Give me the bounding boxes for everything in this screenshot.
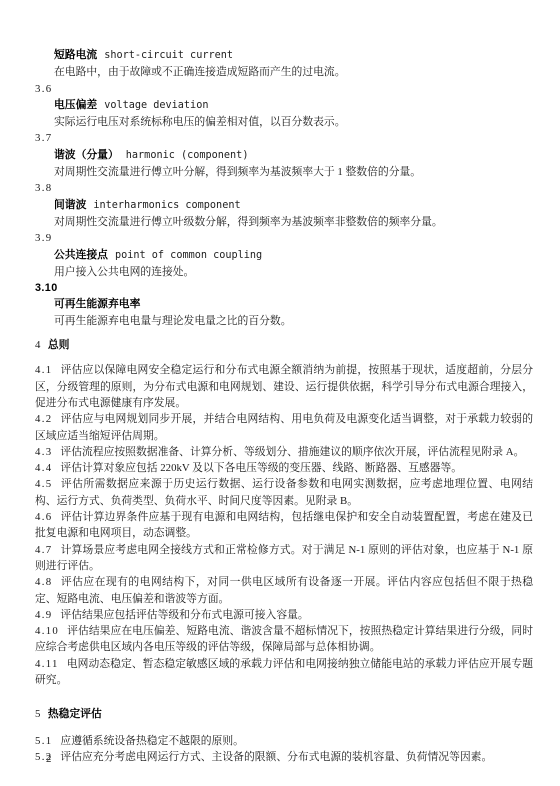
term-number: 3.10 <box>35 280 533 296</box>
clause-text: 评估应与电网规划同步开展，并结合电网结构、用电负荷及电源变化适当调整，对于承载力… <box>35 413 533 441</box>
term-number: 3.8 <box>35 180 533 196</box>
term-title-zh: 短路电流 <box>54 49 97 61</box>
section-thermal-stability: 5热稳定评估 5.1应遵循系统设备热稳定不越限的原则。 5.2评估应充分考虑电网… <box>35 706 533 765</box>
term-entry: 3.8 间谐波interharmonics component 对周期性交流量进… <box>35 180 533 230</box>
section-heading: 4总则 <box>35 337 533 353</box>
clause: 4.9评估结果应包括评估等级和分布式电源可接入容量。 <box>35 607 533 623</box>
term-title-zh: 谐波（分量） <box>54 149 119 161</box>
clause: 5.1应遵循系统设备热稳定不越限的原则。 <box>35 733 533 749</box>
term-title: 公共连接点point of common coupling <box>54 247 533 264</box>
clause-text: 评估流程应按照数据准备、计算分析、等级划分、措施建议的顺序依次开展，评估流程见附… <box>60 446 524 458</box>
term-title-en: interharmonics component <box>93 200 240 211</box>
section-number: 4 <box>35 339 41 351</box>
term-title: 可再生能源弃电率 <box>54 296 533 312</box>
clause: 4.8评估应在现有的电网结构下，对同一供电区域所有设备逐一开展。评估内容应包括但… <box>35 574 533 607</box>
clause: 4.1评估应以保障电网安全稳定运行和分布式电源全额消纳为前提，按照基于现状，适度… <box>35 362 533 411</box>
term-title-zh: 间谐波 <box>54 199 86 211</box>
term-title-en: point of common coupling <box>115 250 262 261</box>
page-number: 2 <box>46 751 52 767</box>
term-title-zh: 可再生能源弃电率 <box>54 298 140 310</box>
clause-number: 4.5 <box>35 478 52 490</box>
term-definition: 在电路中，由于故障或不正确连接造成短路而产生的过电流。 <box>54 64 533 80</box>
clause-number: 4.1 <box>35 364 52 376</box>
term-entry: 3.7 谐波（分量）harmonic (component) 对周期性交流量进行… <box>35 130 533 180</box>
term-entry: 3.6 电压偏差voltage deviation 实际运行电压对系统标称电压的… <box>35 81 533 131</box>
clause: 4.6评估计算边界条件应基于现有电源和电网结构，包括继电保护和安全自动装置配置，… <box>35 509 533 542</box>
clause-number: 5.1 <box>35 735 52 747</box>
section-title: 总则 <box>48 339 70 351</box>
term-number: 3.9 <box>35 230 533 246</box>
term-definition: 对周期性交流量进行傅立叶分解，得到频率为基波频率大于 1 整数倍的分量。 <box>54 164 533 180</box>
term-entry: 3.9 公共连接点point of common coupling 用户接入公共… <box>35 230 533 280</box>
clause-text: 评估所需数据应来源于历史运行数据、运行设备参数和电网实测数据，应考虑地理位置、电… <box>35 478 533 506</box>
clause-text: 评估应以保障电网安全稳定运行和分布式电源全额消纳为前提，按照基于现状，适度超前，… <box>35 364 533 409</box>
clause-text: 电网动态稳定、暂态稳定敏感区域的承载力评估和电网接纳独立储能电站的承载力评估应开… <box>35 658 533 686</box>
clause-number: 4.9 <box>35 609 52 621</box>
section-general: 4总则 4.1评估应以保障电网安全稳定运行和分布式电源全额消纳为前提，按照基于现… <box>35 337 533 688</box>
clause: 4.7计算场景应考虑电网全接线方式和正常检修方式。对于满足 N-1 原则的评估对… <box>35 542 533 575</box>
clause: 4.4评估计算对象应包括 220kV 及以下各电压等级的变压器、线路、断路器、互… <box>35 460 533 476</box>
clause-text: 评估应充分考虑电网运行方式、主设备的限额、分布式电源的装机容量、负荷情况等因素。 <box>60 751 492 763</box>
section-number: 5 <box>35 708 41 720</box>
clause-number: 4.11 <box>35 658 59 670</box>
clause-number: 4.2 <box>35 413 52 425</box>
clause-text: 计算场景应考虑电网全接线方式和正常检修方式。对于满足 N-1 原则的评估对象，也… <box>35 544 533 572</box>
clause-number: 4.7 <box>35 544 52 556</box>
clause-text: 评估计算边界条件应基于现有电源和电网结构，包括继电保护和安全自动装置配置，考虑在… <box>35 511 533 539</box>
clause: 4.2评估应与电网规划同步开展，并结合电网结构、用电负荷及电源变化适当调整，对于… <box>35 411 533 444</box>
term-definition: 可再生能源弃电电量与理论发电量之比的百分数。 <box>54 313 533 329</box>
term-definition: 对周期性交流量进行傅立叶级数分解，得到频率为基波频率非整数倍的频率分量。 <box>54 214 533 230</box>
document-page: 短路电流short-circuit current 在电路中，由于故障或不正确连… <box>0 0 560 786</box>
term-number: 3.7 <box>35 130 533 146</box>
term-title: 短路电流short-circuit current <box>54 47 533 64</box>
term-title: 谐波（分量）harmonic (component) <box>54 147 533 164</box>
term-definition: 实际运行电压对系统标称电压的偏差相对值，以百分数表示。 <box>54 114 533 130</box>
clause: 5.2评估应充分考虑电网运行方式、主设备的限额、分布式电源的装机容量、负荷情况等… <box>35 749 533 765</box>
clause-text: 评估结果应在电压偏差、短路电流、谐波含量不超标情况下，按照热稳定计算结果进行分级… <box>35 625 533 653</box>
term-entry: 短路电流short-circuit current 在电路中，由于故障或不正确连… <box>35 47 533 81</box>
section-heading: 5热稳定评估 <box>35 706 533 722</box>
clause: 4.5评估所需数据应来源于历史运行数据、运行设备参数和电网实测数据，应考虑地理位… <box>35 476 533 509</box>
term-title-zh: 公共连接点 <box>54 249 108 261</box>
term-entry: 3.10 可再生能源弃电率 可再生能源弃电电量与理论发电量之比的百分数。 <box>35 280 533 329</box>
terms-section: 短路电流short-circuit current 在电路中，由于故障或不正确连… <box>35 47 533 329</box>
clause-text: 评估计算对象应包括 220kV 及以下各电压等级的变压器、线路、断路器、互感器等… <box>60 462 462 474</box>
term-title-en: harmonic (component) <box>126 150 249 161</box>
clause-number: 4.3 <box>35 446 52 458</box>
clause-text: 评估结果应包括评估等级和分布式电源可接入容量。 <box>60 609 308 621</box>
clause: 4.10评估结果应在电压偏差、短路电流、谐波含量不超标情况下，按照热稳定计算结果… <box>35 623 533 656</box>
clause: 4.11电网动态稳定、暂态稳定敏感区域的承载力评估和电网接纳独立储能电站的承载力… <box>35 656 533 689</box>
term-title: 间谐波interharmonics component <box>54 197 533 214</box>
clause-number: 4.8 <box>35 576 52 588</box>
clause-text: 评估应在现有的电网结构下，对同一供电区域所有设备逐一开展。评估内容应包括但不限于… <box>35 576 533 604</box>
term-title-en: short-circuit current <box>104 50 233 61</box>
section-title: 热稳定评估 <box>48 708 102 720</box>
clause-number: 4.10 <box>35 625 59 637</box>
term-number: 3.6 <box>35 81 533 97</box>
clause: 4.3评估流程应按照数据准备、计算分析、等级划分、措施建议的顺序依次开展，评估流… <box>35 444 533 460</box>
term-title-en: voltage deviation <box>104 100 208 111</box>
clause-text: 应遵循系统设备热稳定不越限的原则。 <box>60 735 244 747</box>
clause-number: 4.4 <box>35 462 52 474</box>
term-title: 电压偏差voltage deviation <box>54 97 533 114</box>
clause-number: 4.6 <box>35 511 52 523</box>
term-definition: 用户接入公共电网的连接处。 <box>54 264 533 280</box>
term-title-zh: 电压偏差 <box>54 99 97 111</box>
